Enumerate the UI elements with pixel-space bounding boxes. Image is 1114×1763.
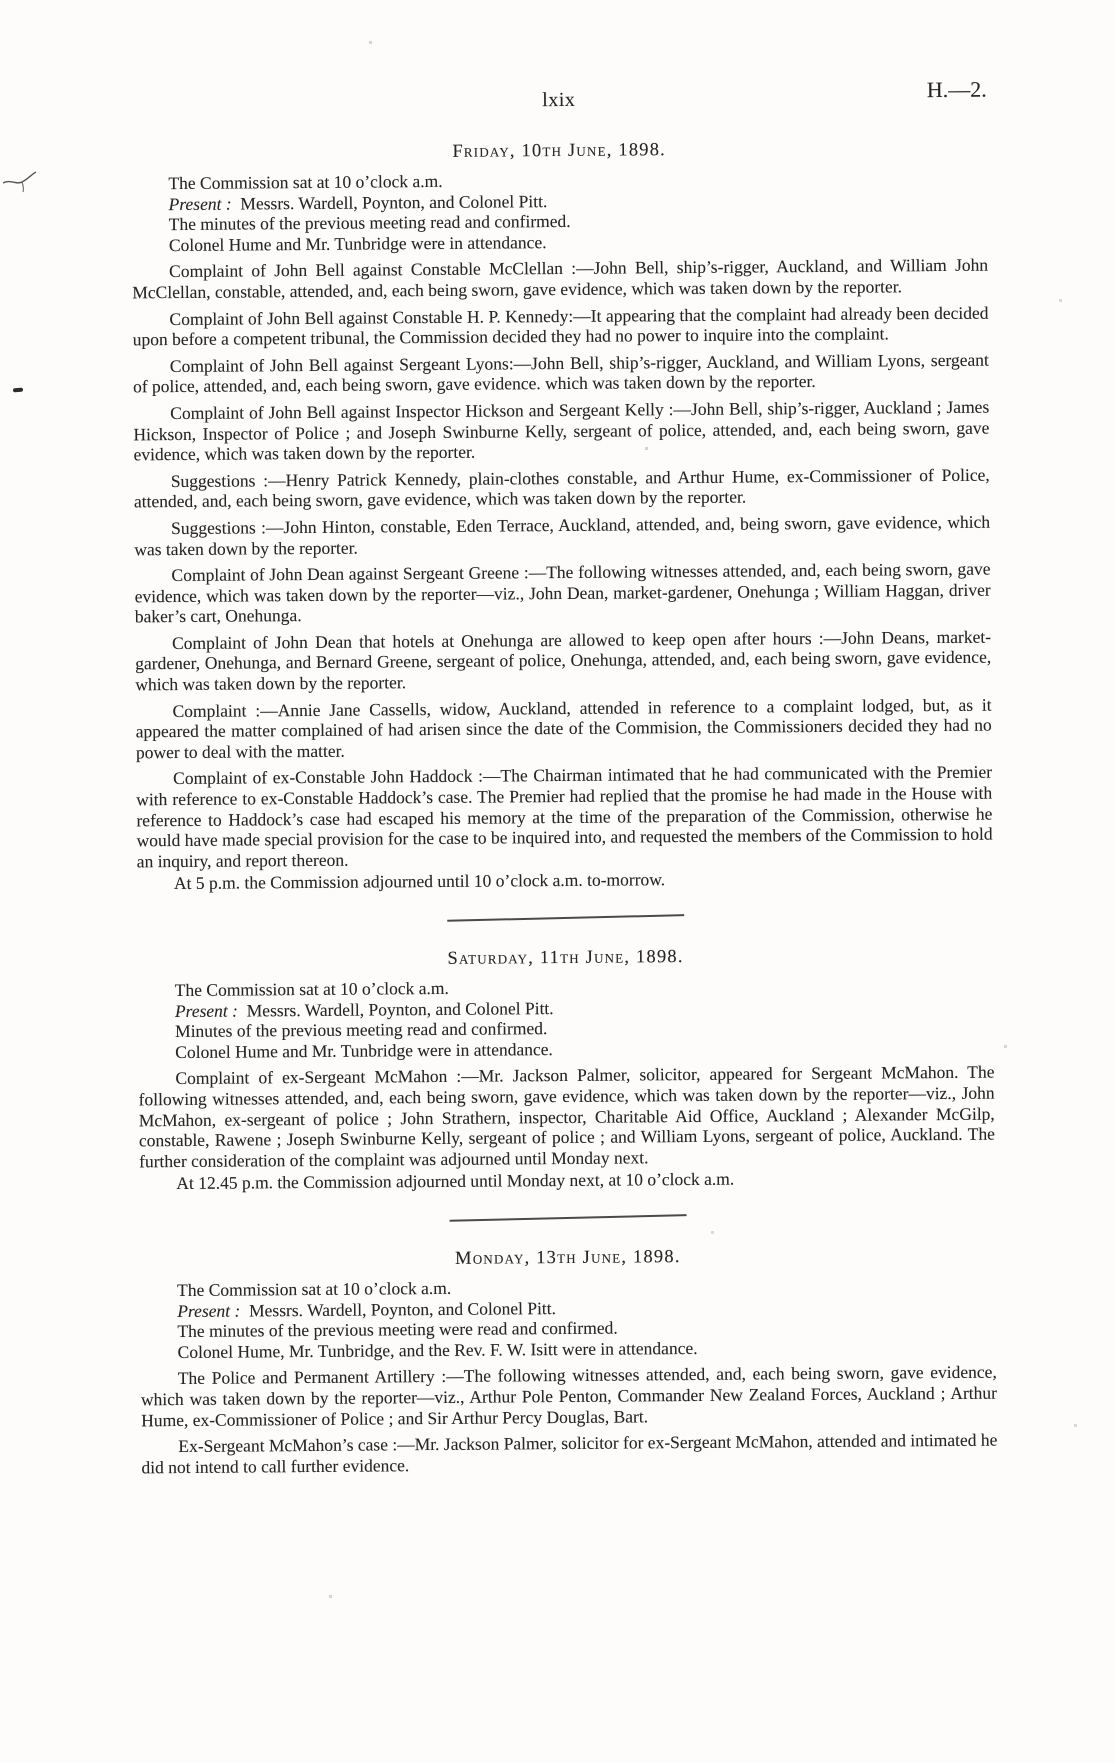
minutes-paragraph: Complaint of John Bell against Constable… bbox=[132, 255, 988, 303]
session-saturday: Saturday, 11th June, 1898.The Commission… bbox=[137, 945, 995, 1195]
adjournment-line: At 5 p.m. the Commission adjourned until… bbox=[137, 867, 993, 894]
minutes-paragraph: Complaint :—Annie Jane Cassells, widow, … bbox=[135, 694, 991, 763]
ink-dash-mark bbox=[13, 388, 23, 392]
session-friday: Friday, 10th June, 1898.The Commission s… bbox=[131, 138, 993, 895]
scan-speckles bbox=[0, 0, 1, 1]
minutes-paragraph: Suggestions :—Henry Patrick Kennedy, pla… bbox=[134, 464, 990, 512]
minutes-paragraph: The Police and Permanent Artillery :—The… bbox=[141, 1362, 997, 1431]
page-number: lxix bbox=[542, 89, 575, 112]
minutes-sections: Friday, 10th June, 1898.The Commission s… bbox=[131, 138, 997, 1478]
page-header: lxix H.—2. bbox=[130, 0, 987, 115]
minutes-paragraph: Complaint of ex-Sergeant McMahon :—Mr. J… bbox=[138, 1062, 995, 1172]
session-monday: Monday, 13th June, 1898.The Commission s… bbox=[140, 1245, 998, 1478]
minutes-paragraph: Complaint of John Dean against Sergeant … bbox=[134, 559, 990, 628]
minutes-paragraph: Suggestions :—John Hinton, constable, Ed… bbox=[134, 512, 990, 560]
adjournment-line: At 12.45 p.m. the Commission adjourned u… bbox=[139, 1167, 995, 1194]
pen-mark bbox=[2, 168, 54, 194]
section-divider bbox=[449, 1214, 686, 1222]
document-page: lxix H.—2. Friday, 10th June, 1898.The C… bbox=[0, 0, 1114, 1763]
present-label: Present : bbox=[177, 1300, 240, 1320]
section-divider bbox=[447, 914, 684, 922]
present-label: Present : bbox=[169, 193, 232, 213]
minutes-paragraph: Complaint of ex-Constable John Haddock :… bbox=[136, 762, 993, 872]
document-reference: H.—2. bbox=[575, 77, 987, 106]
minutes-paragraph: Complaint of John Bell against Sergeant … bbox=[133, 349, 989, 397]
minutes-paragraph: Complaint of John Bell against Constable… bbox=[132, 302, 988, 350]
session-heading: Friday, 10th June, 1898. bbox=[131, 138, 987, 166]
session-heading: Saturday, 11th June, 1898. bbox=[137, 945, 993, 973]
minutes-paragraph: Ex-Sergeant McMahon’s case :—Mr. Jackson… bbox=[141, 1430, 997, 1478]
minutes-paragraph: Complaint of John Bell against Inspector… bbox=[133, 397, 989, 466]
present-label: Present : bbox=[175, 1000, 238, 1020]
page-content: lxix H.—2. Friday, 10th June, 1898.The C… bbox=[130, 0, 998, 1478]
minutes-paragraph: Complaint of John Dean that hotels at On… bbox=[135, 626, 991, 695]
header-spacer bbox=[131, 106, 542, 109]
session-heading: Monday, 13th June, 1898. bbox=[140, 1245, 996, 1273]
